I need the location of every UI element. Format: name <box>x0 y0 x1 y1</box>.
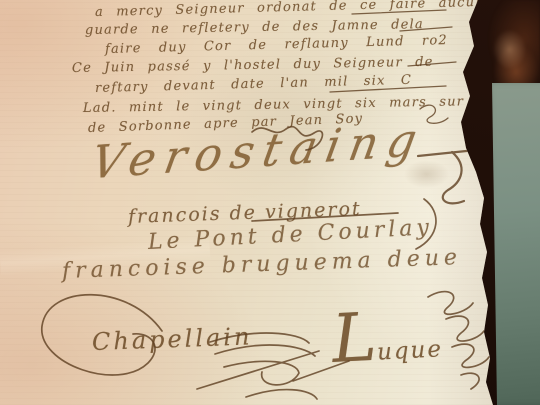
manuscript-line: reftary devant date l'an mil six C <box>95 73 412 96</box>
manuscript-paper: a mercy Seigneur ordonat de ce faire auc… <box>0 0 540 405</box>
signature-luque: Luque <box>330 294 444 378</box>
signature-chapellain: Chapellain <box>92 322 253 356</box>
manuscript-photo: a mercy Seigneur ordonat de ce faire auc… <box>0 0 540 405</box>
